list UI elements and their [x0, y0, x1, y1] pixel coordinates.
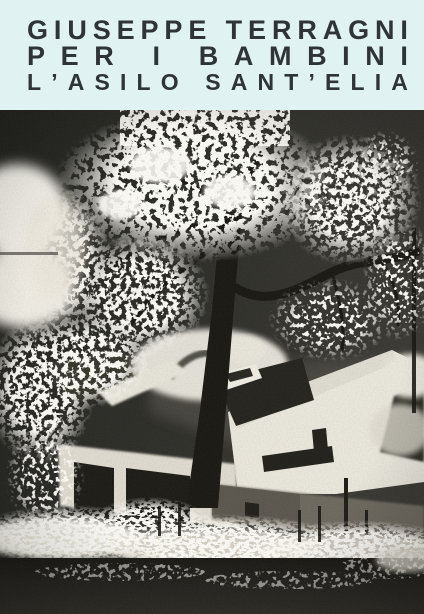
title-line-2: PER I BAMBINI [27, 43, 408, 69]
title-line-3: L’ASILO SANT’ELIA [27, 69, 408, 95]
cover-photo [0, 110, 424, 614]
cover-title-block: GIUSEPPE TERRAGNI PER I BAMBINI L’ASILO … [27, 17, 408, 95]
vignette [0, 110, 424, 614]
book-cover: GIUSEPPE TERRAGNI PER I BAMBINI L’ASILO … [0, 0, 424, 614]
photo-illustration [0, 110, 424, 614]
title-line-1: GIUSEPPE TERRAGNI [27, 17, 408, 43]
